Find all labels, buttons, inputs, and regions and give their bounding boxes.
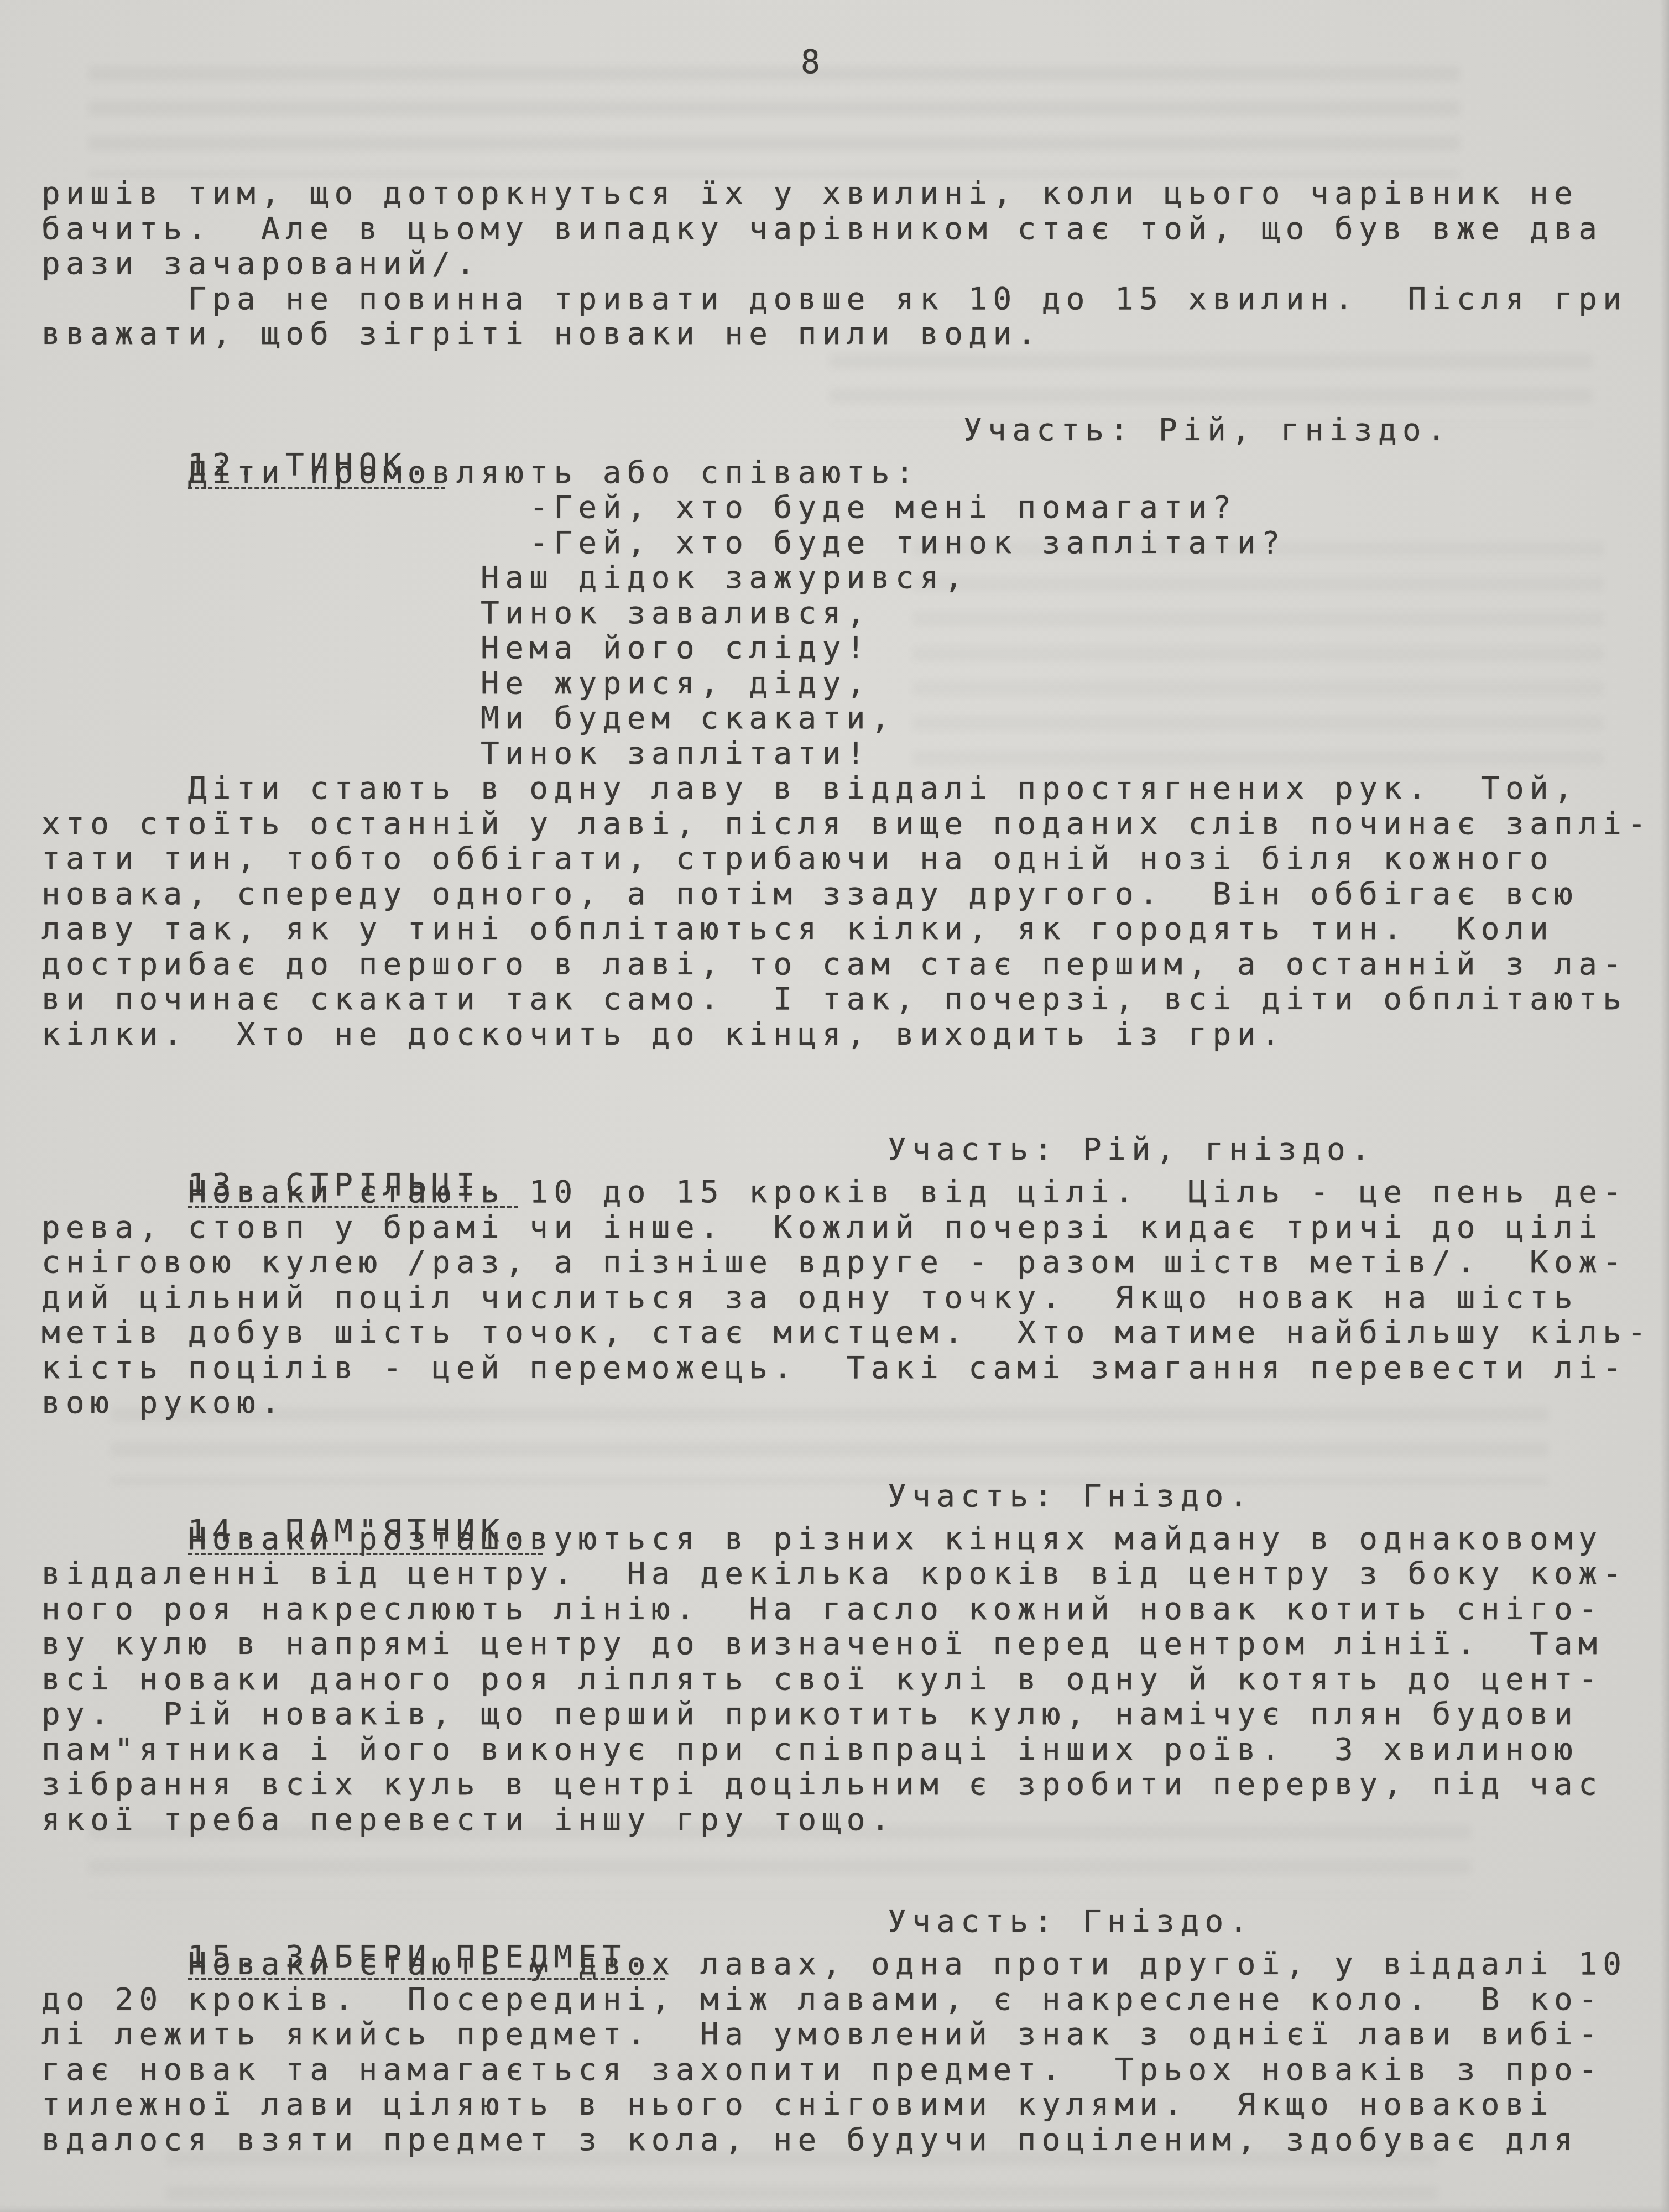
text-line: якої треба перевести іншу гру тощо.	[41, 1802, 1651, 1838]
section-participation: Участь: Гніздо.	[888, 1904, 1254, 1939]
section-heading-row: 14.ПАМ"ЯТНИК. Участь: Гніздо.	[41, 1479, 1651, 1521]
section-number: 14.	[188, 1513, 261, 1549]
game-section: 12.ТИНОК. Участь: Рій, гніздо. Діти пром…	[41, 413, 1651, 1052]
text-line: рева, стовп у брамі чи інше. Кожлий поче…	[41, 1210, 1651, 1245]
section-heading: 15.ЗАБЕРИ ПРЕДМЕТ.	[188, 1939, 665, 1981]
section-body: Діти промовляють або співають: -Гей, хто…	[41, 455, 1651, 1052]
text-line: пам"ятника і його виконує при співпраці …	[41, 1732, 1651, 1767]
section-participation: Участь: Гніздо.	[888, 1479, 1254, 1514]
text-line: сніговою кулею /раз, а пізніше вдруге - …	[41, 1245, 1651, 1280]
text-line: Не журися, діду,	[41, 666, 1651, 701]
text-line: ришів тим, що доторкнуться їх у хвилині,…	[41, 176, 1651, 211]
text-line: ного роя накреслюють лінію. На гасло кож…	[41, 1592, 1651, 1627]
text-line: хто стоїть останній у лаві, після вище п…	[41, 806, 1651, 842]
text-line: вважати, щоб зігріті новаки не пили води…	[41, 316, 1651, 352]
text-line: Наш дідок зажурився,	[41, 560, 1651, 596]
section-body: Новаки розташовуються в різних кінцях ма…	[41, 1521, 1651, 1838]
text-line: кість поцілів - цей переможець. Такі сам…	[41, 1350, 1651, 1386]
text-line: -Гей, хто буде тинок заплітати?	[41, 525, 1651, 561]
section-participation: Участь: Рій, гніздо.	[888, 1132, 1375, 1167]
scan-edge-shadow	[0, 2205, 1669, 2212]
text-line: лаву так, як у тині обплітаються кілки, …	[41, 911, 1651, 947]
section-title: ТИНОК.	[285, 447, 432, 483]
section-number: 13.	[188, 1167, 261, 1203]
section-participation: Участь: Рій, гніздо.	[963, 413, 1451, 448]
section-heading: 14.ПАМ"ЯТНИК.	[188, 1514, 543, 1555]
page-number: 8	[801, 43, 826, 81]
text-line: тилежної лави ціляють в нього сніговими …	[41, 2087, 1651, 2122]
section-title: ПАМ"ЯТНИК.	[285, 1513, 529, 1549]
section-heading-row: 12.ТИНОК. Участь: Рій, гніздо.	[41, 413, 1651, 455]
text-line: Ми будем скакати,	[41, 701, 1651, 736]
text-line: Гра не повинна тривати довше як 10 до 15…	[41, 281, 1651, 317]
text-line: -Гей, хто буде мені помагати?	[41, 490, 1651, 525]
text-line: до 20 кроків. Посередині, між лавами, є …	[41, 1982, 1651, 2017]
scan-edge-shadow	[1660, 0, 1669, 2212]
text-line: рази зачарований/.	[41, 246, 1651, 281]
text-line: віддаленні від центру. На декілька крокі…	[41, 1556, 1651, 1592]
game-section: 13.СТРІЛЬЦІ. Участь: Рій, гніздо. Новаки…	[41, 1132, 1651, 1421]
text-line: гає новак та намагається захопити предме…	[41, 2052, 1651, 2088]
bleed-through-artifact	[88, 66, 1460, 177]
section-heading-row: 15.ЗАБЕРИ ПРЕДМЕТ. Участь: Гніздо.	[41, 1904, 1651, 1947]
section-body: Новаки стають 10 до 15 кроків від цілі. …	[41, 1175, 1651, 1421]
text-line: ру. Рій новаків, що перший прикотить кул…	[41, 1697, 1651, 1732]
text-line: вою рукою.	[41, 1385, 1651, 1421]
text-line: метів добув шість точок, стає мистцем. Х…	[41, 1315, 1651, 1350]
text-line: Діти стають в одну лаву в віддалі простя…	[41, 771, 1651, 806]
section-title: ЗАБЕРИ ПРЕДМЕТ.	[285, 1939, 651, 1975]
text-line: вдалося взяти предмет з кола, не будучи …	[41, 2122, 1651, 2158]
text-line: дострибає до першого в лаві, то сам стає…	[41, 947, 1651, 982]
game-section: 15.ЗАБЕРИ ПРЕДМЕТ. Участь: Гніздо. Новак…	[41, 1904, 1651, 2157]
section-heading-row: 13.СТРІЛЬЦІ. Участь: Рій, гніздо.	[41, 1132, 1651, 1175]
document-page: 8 ришів тим, що доторкнуться їх у хвилин…	[0, 0, 1669, 2212]
text-line: всі новаки даного роя ліплять свої кулі …	[41, 1662, 1651, 1697]
text-line: зібрання всіх куль в центрі доцільним є …	[41, 1767, 1651, 1802]
section-number: 15.	[188, 1939, 261, 1975]
text-line: ву кулю в напрямі центру до визначеної п…	[41, 1626, 1651, 1662]
text-line: Тинок завалився,	[41, 596, 1651, 631]
text-line: лі лежить якийсь предмет. На умовлений з…	[41, 2017, 1651, 2052]
text-line: бачить. Але в цьому випадку чарівником с…	[41, 211, 1651, 247]
section-title: СТРІЛЬЦІ.	[285, 1167, 505, 1203]
section-number: 12.	[188, 447, 261, 483]
text-line: дий цільний поціл числиться за одну точк…	[41, 1280, 1651, 1316]
section-heading: 13.СТРІЛЬЦІ.	[188, 1167, 518, 1209]
typewritten-content: ришів тим, що доторкнуться їх у хвилині,…	[41, 176, 1651, 2157]
text-line: Нема його сліду!	[41, 630, 1651, 666]
section-heading: 12.ТИНОК.	[188, 447, 445, 489]
text-line: ви починає скакати так само. І так, поче…	[41, 982, 1651, 1017]
bleed-through-artifact	[166, 2151, 1438, 2201]
text-line: Тинок заплітати!	[41, 736, 1651, 771]
text-line: новака, спереду одного, а потім ззаду др…	[41, 877, 1651, 912]
game-sections: 12.ТИНОК. Участь: Рій, гніздо. Діти пром…	[41, 413, 1651, 2158]
text-line: тати тин, тобто оббігати, стрибаючи на о…	[41, 841, 1651, 877]
text-line: кілки. Хто не доскочить до кінця, виходи…	[41, 1017, 1651, 1052]
intro-paragraphs: ришів тим, що доторкнуться їх у хвилині,…	[41, 176, 1651, 352]
game-section: 14.ПАМ"ЯТНИК. Участь: Гніздо. Новаки роз…	[41, 1479, 1651, 1838]
